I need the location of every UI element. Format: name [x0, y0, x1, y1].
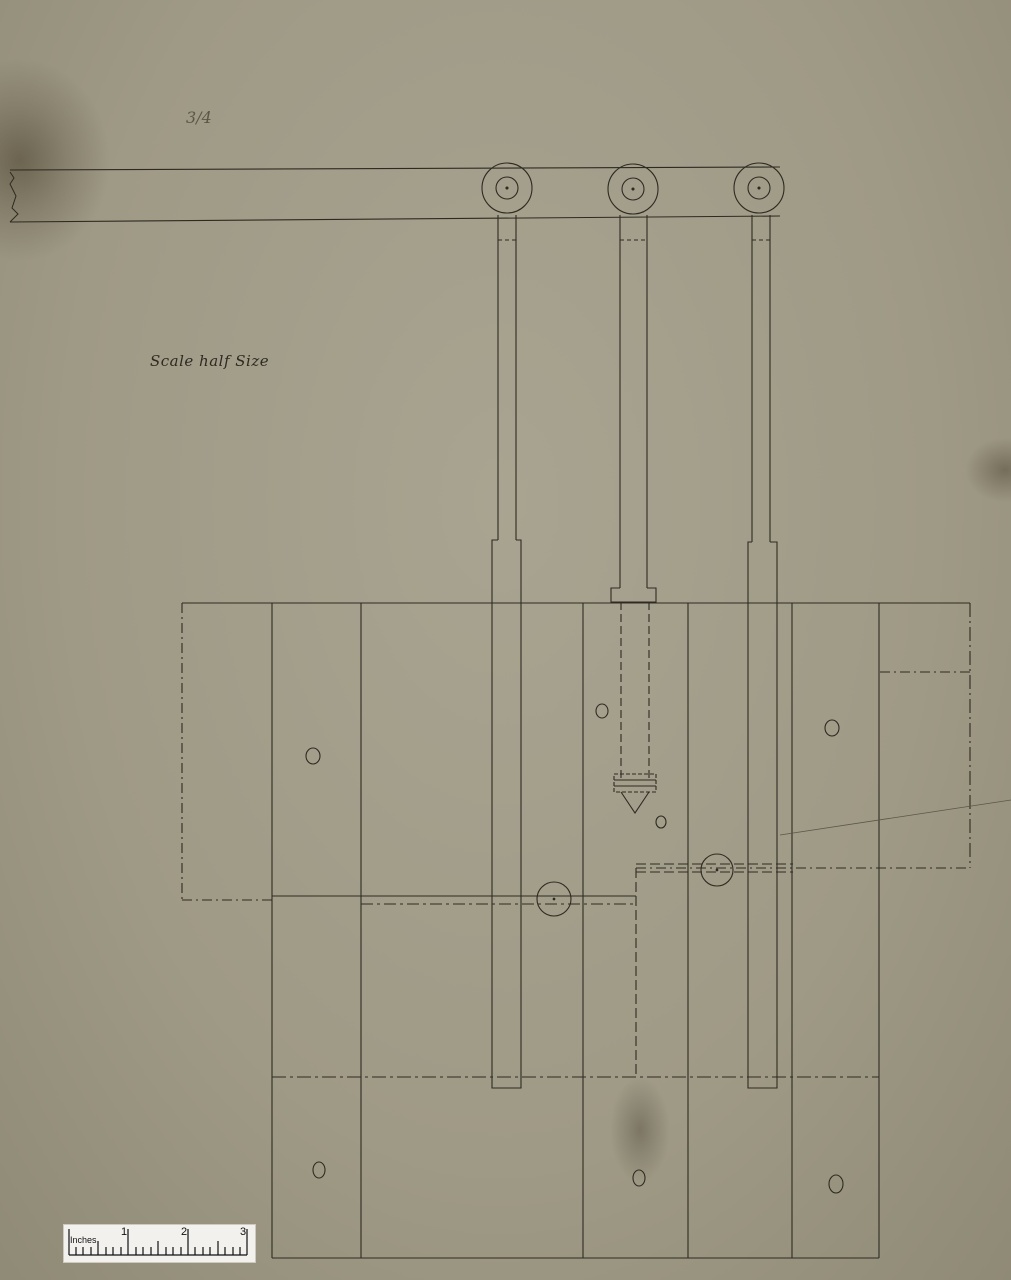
pivot-eyes — [482, 163, 784, 214]
sheet-number: 3/4 — [186, 108, 212, 127]
bolt-holes — [306, 704, 843, 1193]
crosshead-circles — [537, 854, 733, 916]
drawing-sheet: 3/4 Scale half Size Inches 1 2 — [0, 0, 1011, 1280]
ruler-mark-3: 3 — [240, 1226, 246, 1238]
ruler-unit-label: Inches — [70, 1235, 97, 1245]
right-rod — [748, 215, 777, 1088]
ruler-mark-2: 2 — [181, 1226, 187, 1238]
scale-label: Scale half Size — [150, 352, 269, 370]
main-block — [182, 603, 970, 1258]
mechanical-drawing — [0, 0, 1011, 1280]
top-bar — [10, 167, 780, 222]
ruler-mark-1: 1 — [121, 1226, 127, 1238]
scale-ruler: Inches 1 2 3 — [63, 1224, 256, 1263]
center-rod — [611, 215, 656, 813]
left-rod — [492, 215, 521, 1088]
